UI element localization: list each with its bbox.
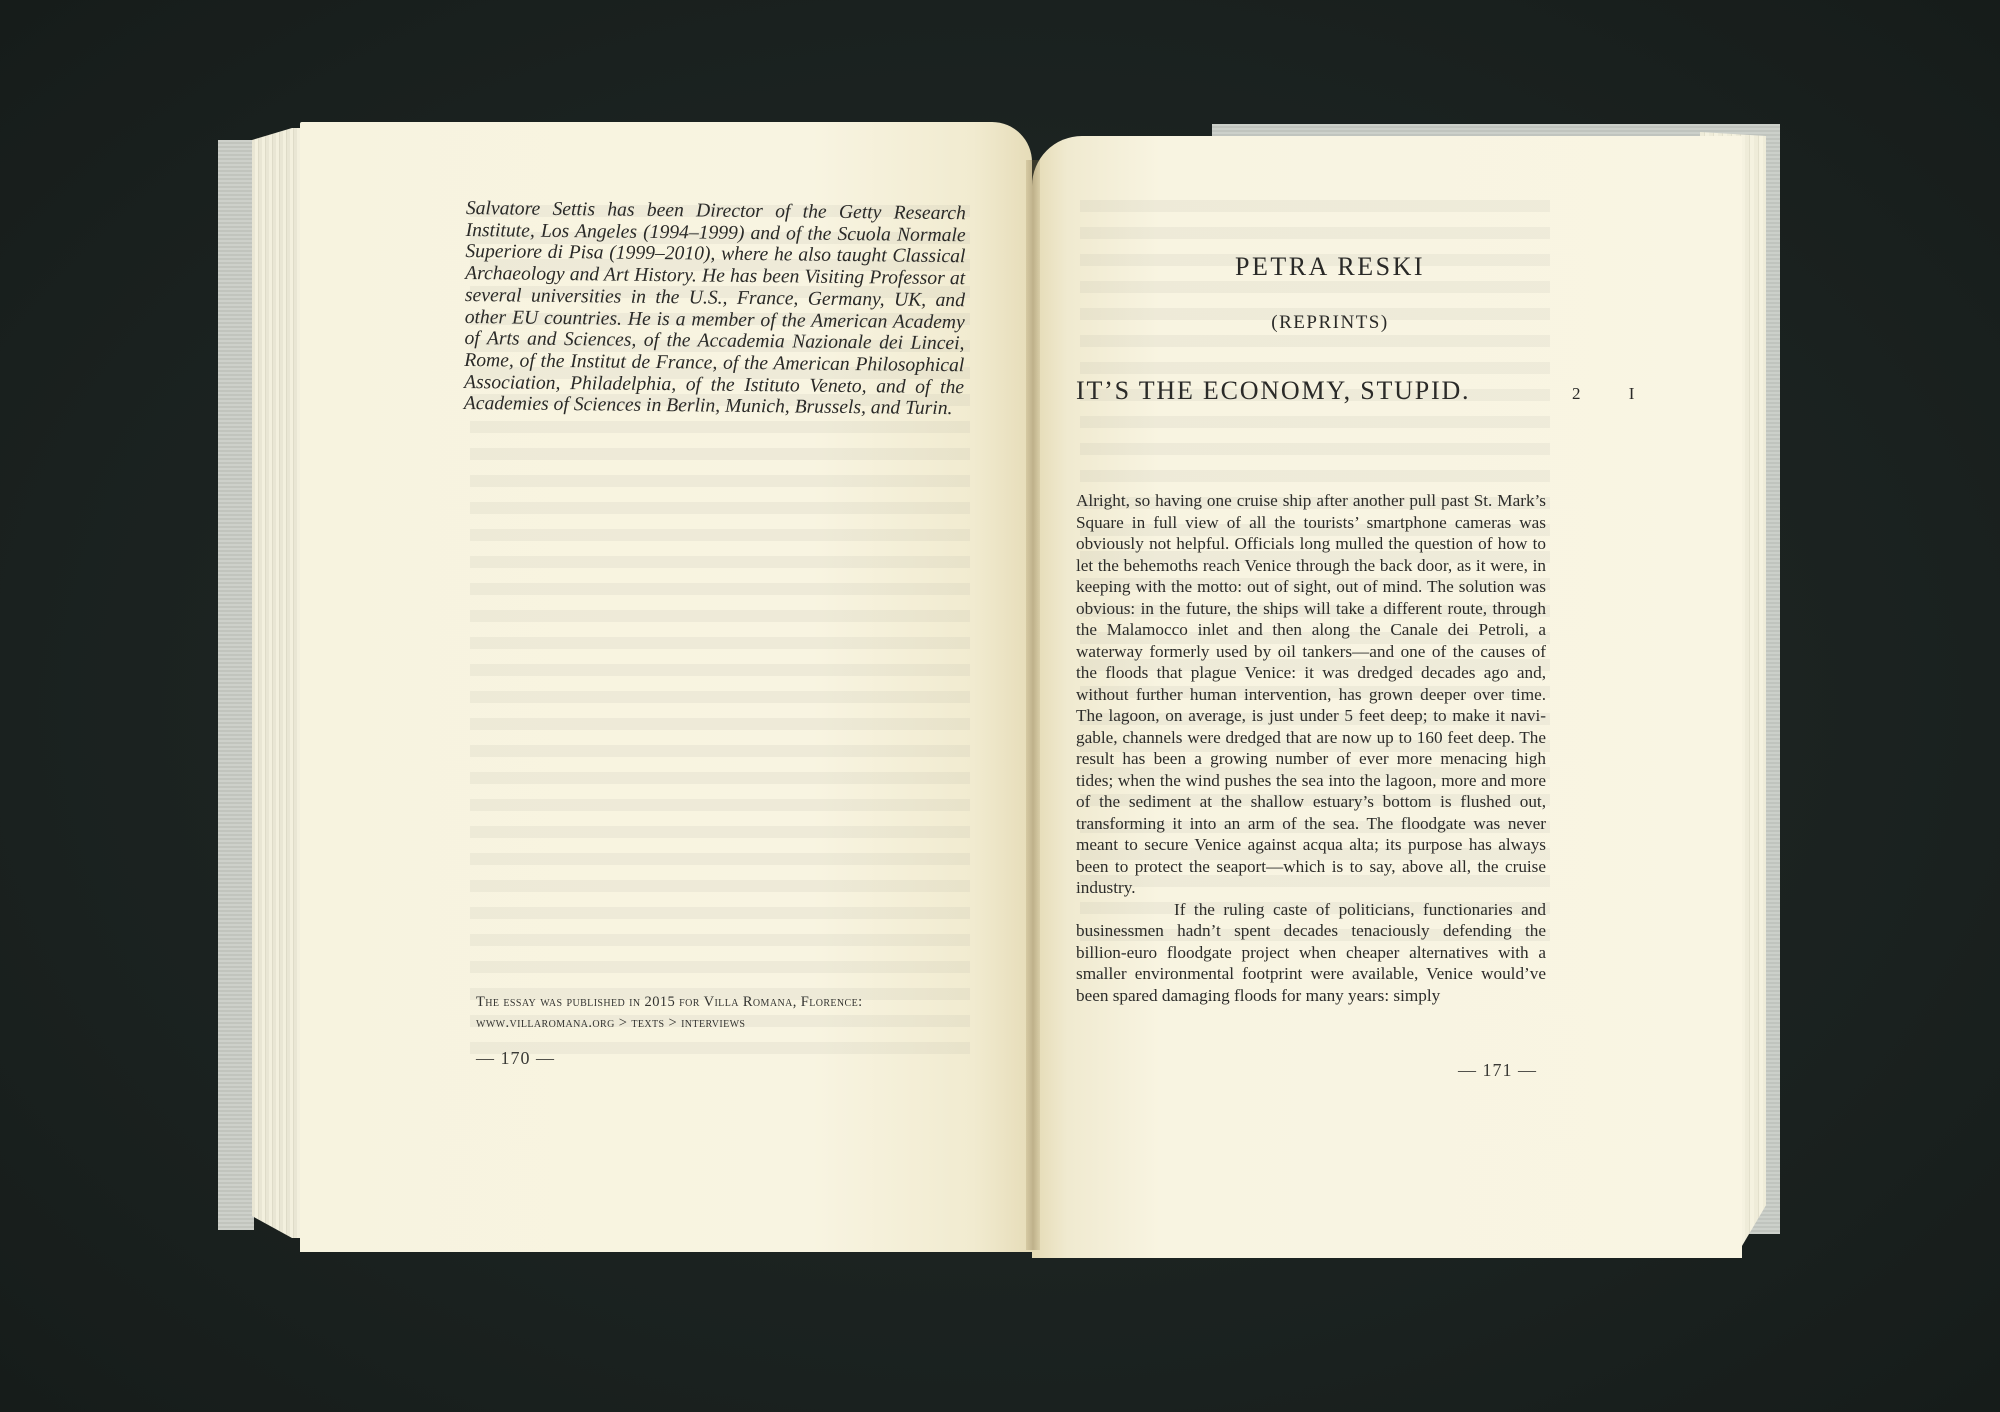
page-number-right: — 171 — <box>1458 1060 1537 1081</box>
author-bio: Salvatore Settis has been Director of th… <box>464 198 966 420</box>
left-page-stack <box>252 128 302 1238</box>
article-body: Alright, so having one cruise ship after… <box>1076 490 1546 1006</box>
left-endpaper <box>218 140 254 1230</box>
book-gutter <box>1026 160 1040 1250</box>
publication-note: The essay was published in 2015 for Vill… <box>476 992 946 1034</box>
chapter-title: IT’S THE ECONOMY, STUPID. <box>1076 376 1470 406</box>
paragraph: Alright, so having one cruise ship after… <box>1076 490 1546 899</box>
chapter-number: 2 I <box>1572 384 1656 404</box>
author-name: PETRA RESKI <box>1180 252 1480 282</box>
paragraph: If the ruling caste of politicians, func… <box>1076 899 1546 1007</box>
publication-note-line-2: www.villaromana.org > texts > interviews <box>476 1013 946 1034</box>
publication-note-line-1: The essay was published in 2015 for Vill… <box>476 992 946 1013</box>
section-label: (REPRINTS) <box>1180 312 1480 334</box>
page-number-left: — 170 — <box>476 1048 555 1069</box>
